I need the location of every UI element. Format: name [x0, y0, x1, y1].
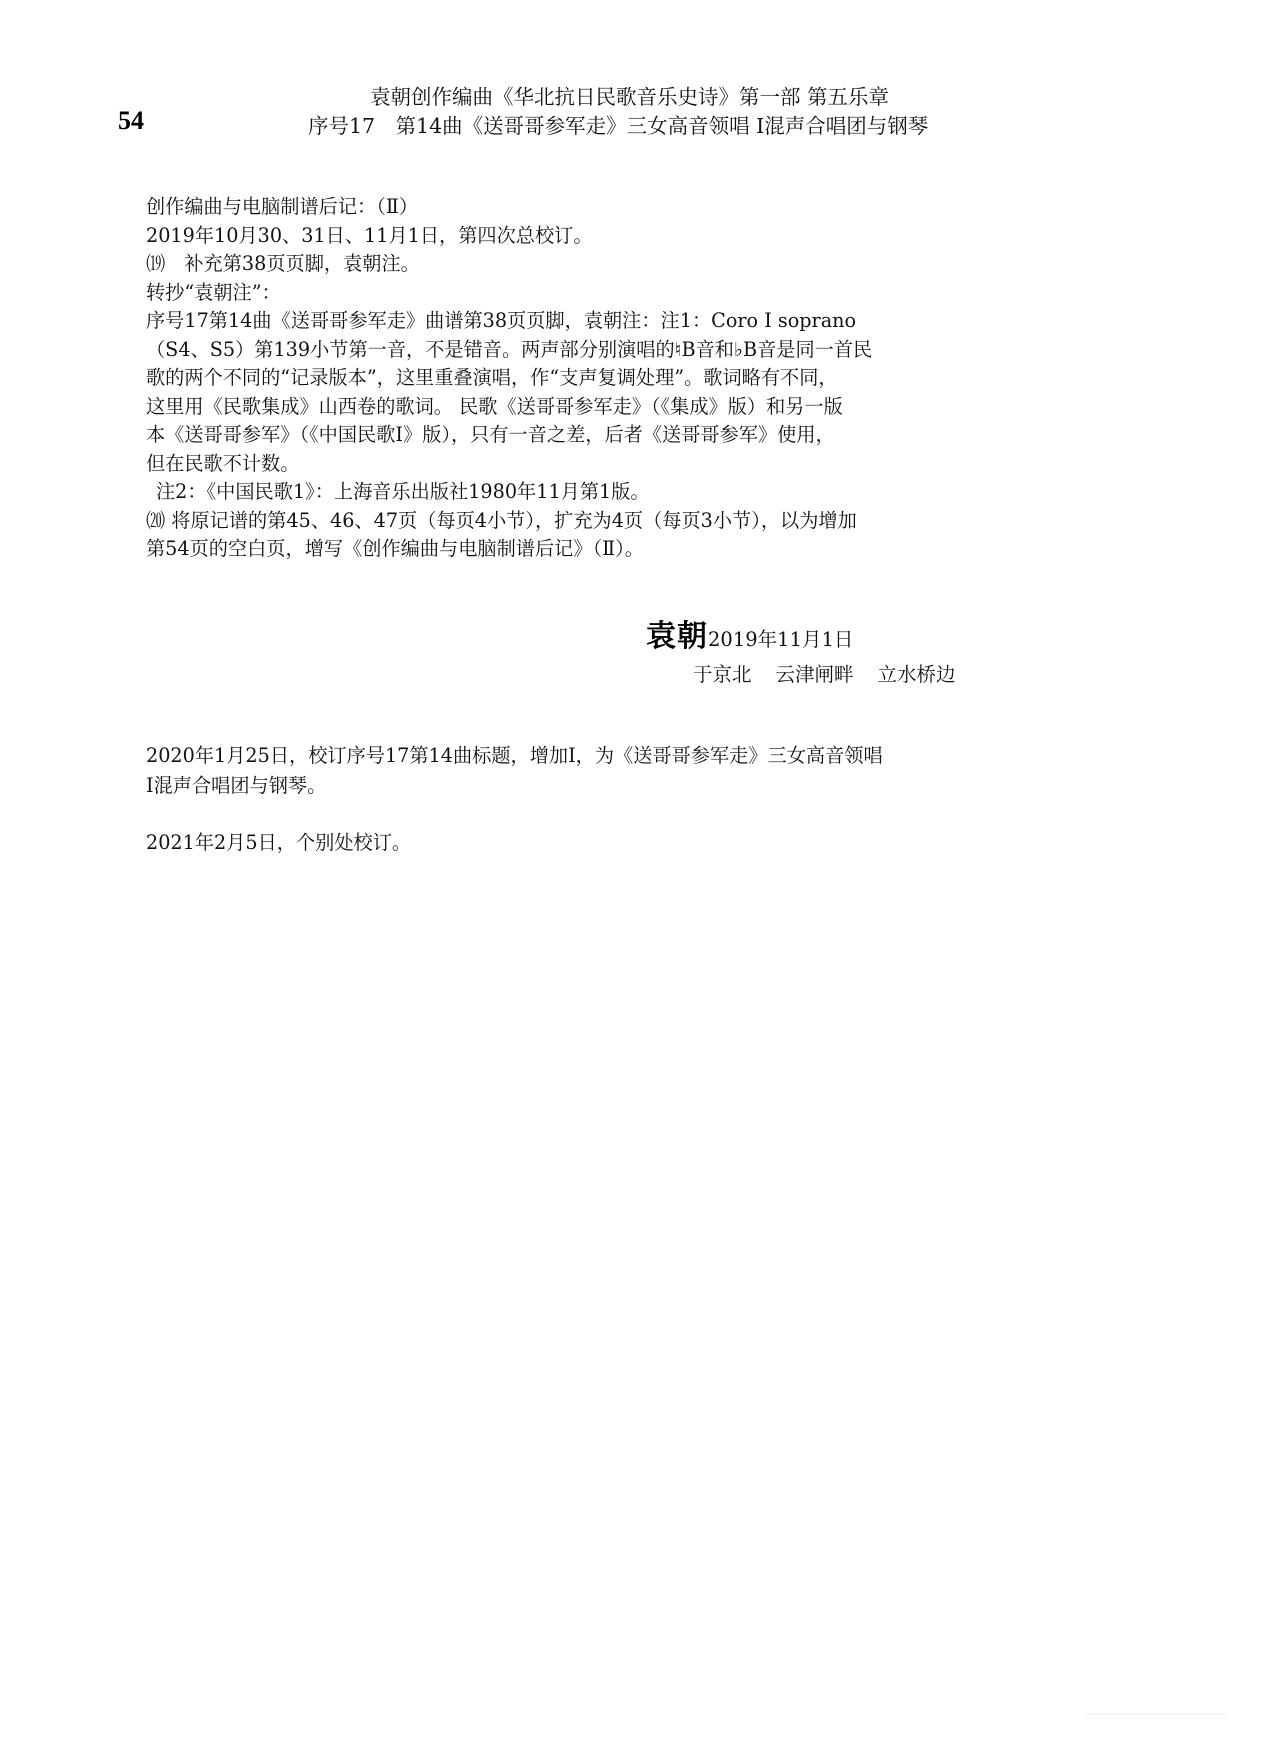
place-item: 云津闸畔: [776, 663, 854, 686]
signature: 袁朝2019年11月1日: [646, 620, 853, 657]
place-item: 立水桥边: [878, 663, 956, 686]
signature-date: 2019年11月1日: [708, 628, 853, 651]
signature-place: 于京北云津闸畔立水桥边: [693, 660, 956, 690]
note-2-line: 注2：《中国民歌1》：上海音乐出版社1980年11月第1版。: [146, 478, 1076, 507]
body-line: ⒆ 补充第38页页脚，袁朝注。: [146, 250, 1076, 279]
body-line: 转抄“袁朝注”：: [146, 279, 1076, 308]
revision-line: Ⅰ混声合唱团与钢琴。: [146, 771, 1076, 801]
body-line: 但在民歌不计数。: [146, 450, 1076, 479]
afterword-heading: 创作编曲与电脑制谱后记：（Ⅱ）: [146, 193, 1076, 222]
revision-line: 2020年1月25日，校订序号17第14曲标题，增加Ⅰ，为《送哥哥参军走》三女高…: [146, 741, 1076, 771]
revision-line: 2021年2月5日，个别处校订。: [146, 828, 1076, 858]
body-line: （S4、S5）第139小节第一音，不是错音。两声部分别演唱的♮B音和♭B音是同一…: [146, 336, 1076, 365]
afterword-body: 创作编曲与电脑制谱后记：（Ⅱ） 2019年10月30、31日、11月1日，第四次…: [146, 193, 1076, 564]
place-item: 于京北: [693, 663, 752, 686]
body-line: ⒇ 将原记谱的第45、46、47页（每页4小节），扩充为4页（每页3小节），以为…: [146, 507, 1076, 536]
body-line: 歌的两个不同的“记录版本”，这里重叠演唱，作“支声复调处理”。歌词略有不同，: [146, 364, 1076, 393]
body-line: 第54页的空白页，增写《创作编曲与电脑制谱后记》（Ⅱ）。: [146, 535, 1076, 564]
page-number: 54: [118, 106, 144, 136]
revision-notes: 2020年1月25日，校订序号17第14曲标题，增加Ⅰ，为《送哥哥参军走》三女高…: [146, 741, 1076, 885]
faint-watermark: [1085, 1714, 1225, 1719]
body-line: 本《送哥哥参军》（《中国民歌Ⅰ》版），只有一音之差，后者《送哥哥参军》使用，: [146, 421, 1076, 450]
running-header-subtitle: 序号17 第14曲《送哥哥参军走》三女高音领唱 Ⅰ混声合唱团与钢琴: [308, 112, 928, 140]
body-line: 序号17第14曲《送哥哥参军走》曲谱第38页页脚，袁朝注：注1：Coro Ⅰ s…: [146, 307, 1076, 336]
body-line: 这里用《民歌集成》山西卷的歌词。 民歌《送哥哥参军走》（《集成》版）和另一版: [146, 393, 1076, 422]
revision-entry: 2020年1月25日，校订序号17第14曲标题，增加Ⅰ，为《送哥哥参军走》三女高…: [146, 741, 1076, 801]
running-header-title: 袁朝创作编曲《华北抗日民歌音乐史诗》第一部 第五乐章: [370, 83, 889, 111]
revision-entry: 2021年2月5日，个别处校订。: [146, 828, 1076, 858]
body-line: 2019年10月30、31日、11月1日，第四次总校订。: [146, 222, 1076, 251]
author-signature: 袁朝: [646, 619, 708, 654]
